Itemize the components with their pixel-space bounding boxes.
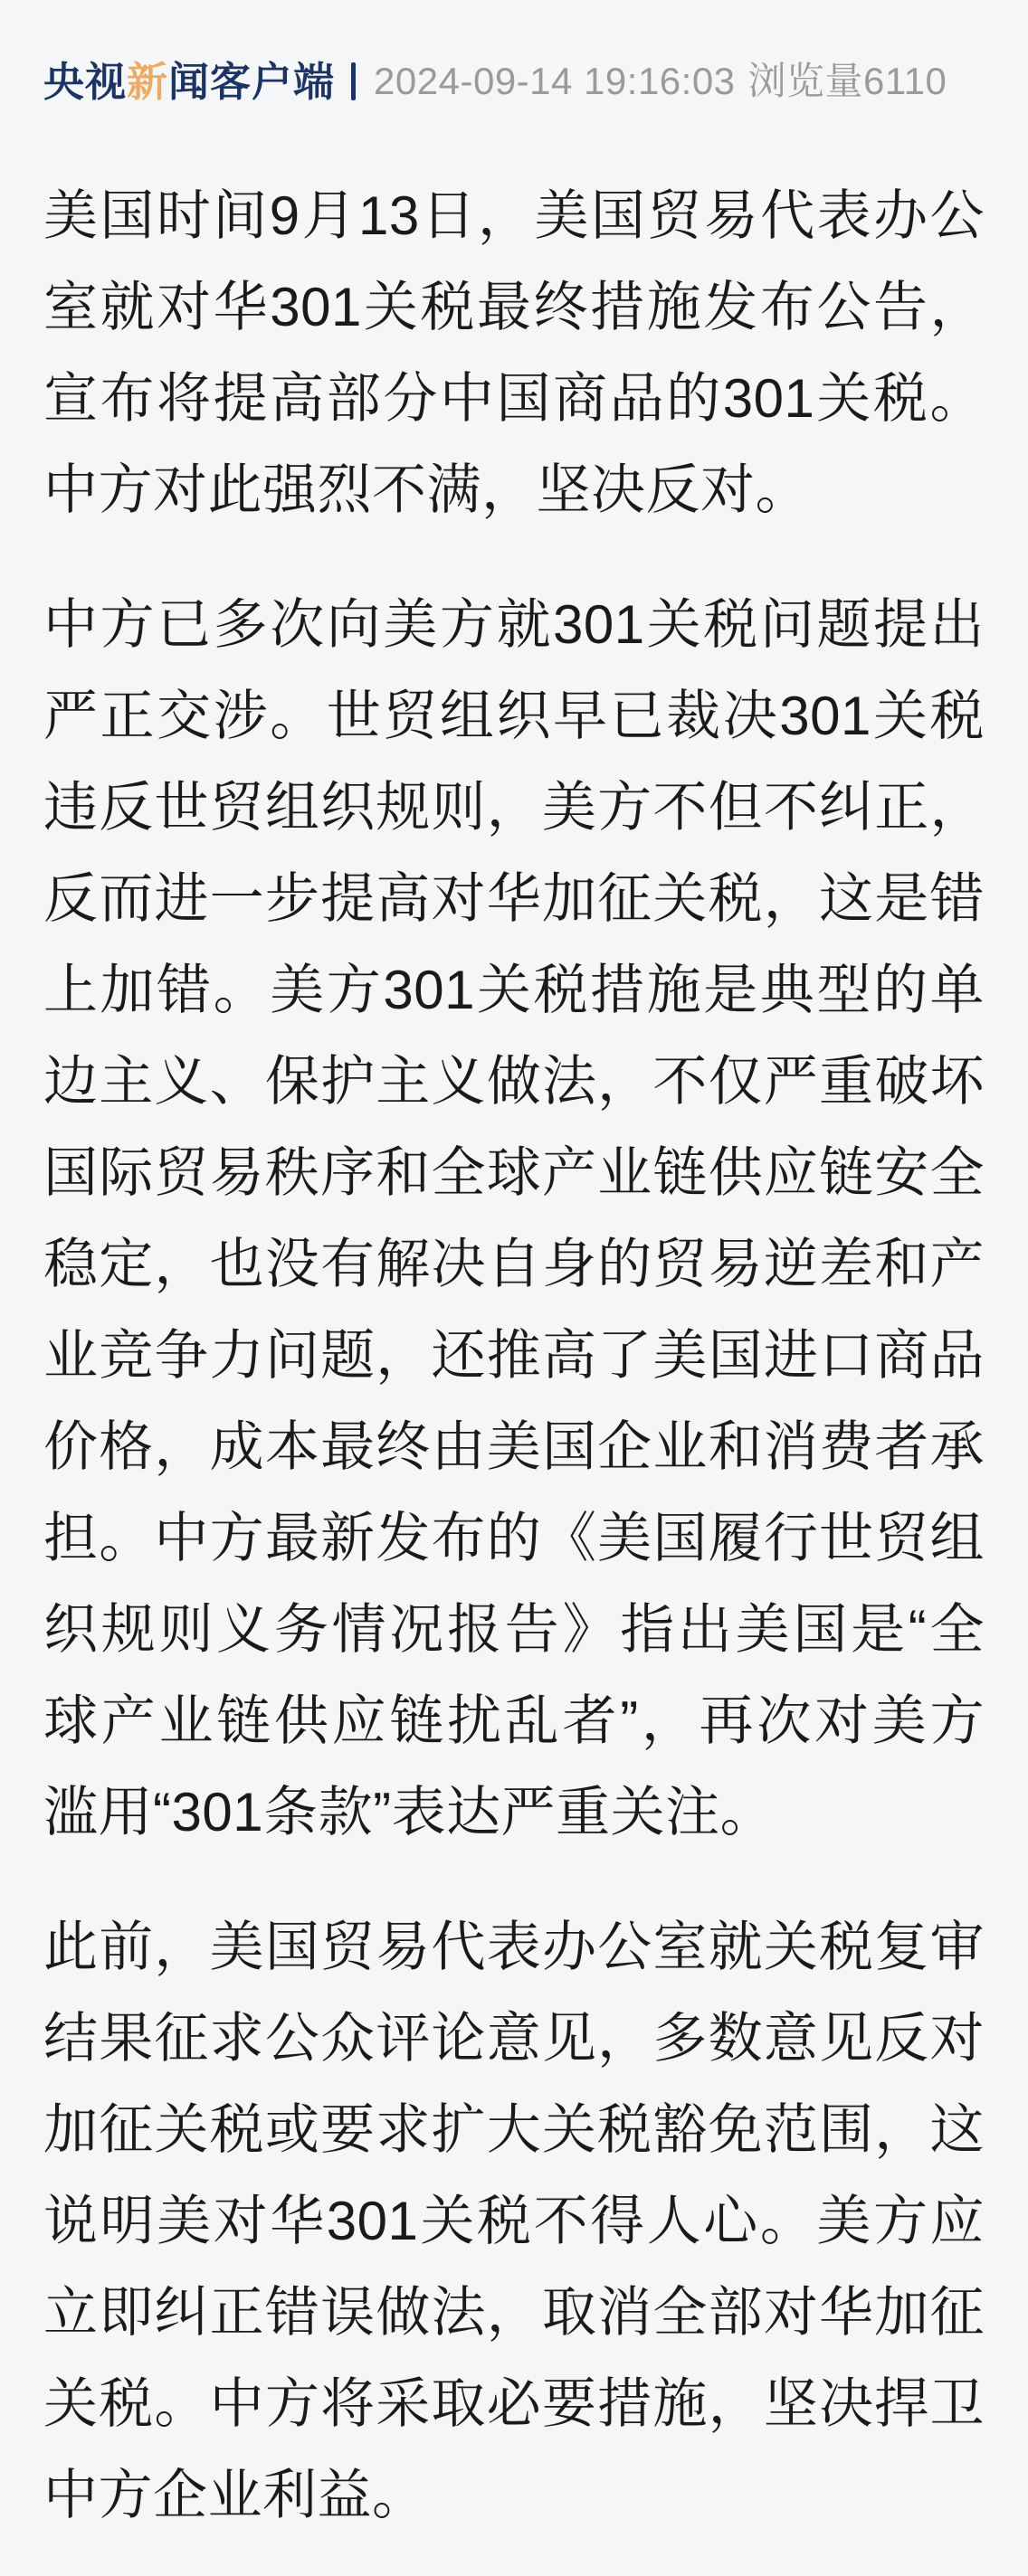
brand-logo[interactable]: 央视新闻客户端 — [43, 62, 335, 102]
article-paragraph-3: 此前，美国贸易代表办公室就关税复审结果征求公众评论意见，多数意见反对加征关税或要… — [43, 1901, 985, 2541]
view-count: 浏览量6110 — [748, 60, 947, 102]
article-meta: 2024-09-14 19:16:03浏览量6110 — [374, 62, 947, 100]
article-header: 央视新闻客户端 2024-09-14 19:16:03浏览量6110 — [43, 58, 985, 105]
brand-text-cctv: 央视 — [43, 59, 127, 105]
article-body: 美国时间9月13日，美国贸易代表办公室就对华301关税最终措施发布公告，宣布将提… — [43, 170, 985, 2541]
article-page: 央视新闻客户端 2024-09-14 19:16:03浏览量6110 美国时间9… — [0, 0, 1028, 2576]
brand-text-xin: 新 — [127, 59, 168, 105]
brand-text-client: 闻客户端 — [168, 59, 335, 105]
article-paragraph-2: 中方已多次向美方就301关税问题提出严正交涉。世贸组织早已裁决301关税违反世贸… — [43, 579, 985, 1858]
article-paragraph-1: 美国时间9月13日，美国贸易代表办公室就对华301关税最终措施发布公告，宣布将提… — [43, 170, 985, 535]
publish-timestamp: 2024-09-14 19:16:03 — [374, 60, 736, 102]
header-divider-bar — [351, 62, 356, 100]
